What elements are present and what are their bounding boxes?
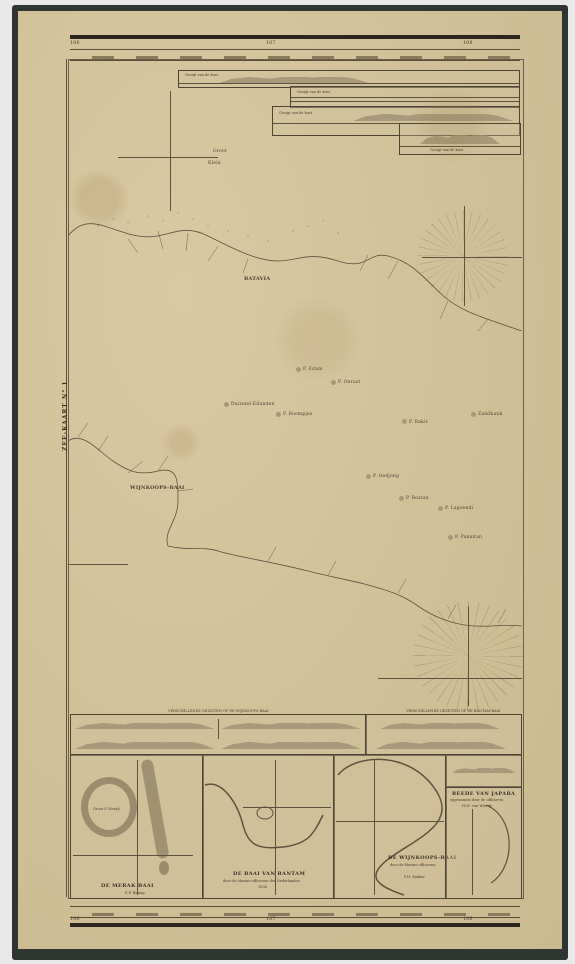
island-label: P. Edam	[303, 367, 323, 372]
island-label: Duizend Eilanden	[231, 402, 275, 407]
top-border-bar	[70, 35, 520, 39]
place-batavia: BATAVIA	[244, 276, 270, 282]
inner-border-left	[66, 59, 67, 897]
island-label: P. Lagoendi	[445, 506, 473, 511]
compass-rose	[418, 211, 508, 301]
island-label: Zandbank	[478, 412, 502, 417]
bottom-border-bar	[70, 923, 520, 927]
island-marker	[276, 412, 281, 417]
meridian-line	[170, 91, 171, 211]
parallel-line	[378, 678, 522, 679]
bottom-profile-panel	[70, 714, 367, 756]
meridian-line	[464, 206, 465, 306]
place-label: Groot	[213, 149, 227, 154]
island-label: P. Rakit	[409, 420, 428, 425]
scale-label: 108	[463, 916, 473, 922]
place-label: Klein	[208, 161, 221, 166]
parallel-line	[422, 257, 522, 258]
coastline-north	[68, 191, 522, 331]
coastal-profile-panel: Gezigt van de kust	[178, 70, 520, 88]
coastal-profile-panel: Gezigt van de kust	[290, 86, 520, 108]
compass-rose	[413, 601, 523, 711]
coastline-south	[68, 421, 522, 631]
meridian-line	[468, 606, 469, 706]
scale-label: 107	[266, 916, 276, 922]
island-marker	[366, 474, 371, 479]
parallel-line	[68, 564, 128, 565]
island-marker	[402, 419, 407, 424]
scale-label: 106	[70, 916, 80, 922]
island-label: P. Oedjong	[373, 474, 399, 479]
coastal-profile-panel: Gezigt van de kust	[272, 106, 520, 136]
inset-japara-roads: REEDE VAN JAPARA opgenomen door de offic…	[445, 786, 522, 899]
island-label: P. Boatan	[406, 496, 429, 501]
side-title: ZEE-KAART N° 1	[62, 380, 69, 451]
coastal-profile-panel: Gezigt van de kust	[399, 123, 521, 155]
island-marker	[471, 412, 476, 417]
island-marker	[296, 367, 301, 372]
island-label: P. Onrust	[338, 380, 361, 385]
profiles-title-left: VERSCHILLENDE GEZIGTEN OP DE WIJNKOOPS-B…	[168, 709, 269, 713]
inset-merak-bay: DE MERAK BAAI Groot P. Merak E.P. Bosing	[70, 754, 204, 899]
place-wijnkoops-bay: WIJNKOOPS-BAAI	[130, 485, 185, 491]
top-scale	[70, 49, 520, 61]
bottom-profile-panel	[365, 714, 522, 756]
island-label: P. Boompjes	[283, 412, 312, 417]
map-neatline	[68, 59, 524, 899]
island-marker	[224, 402, 229, 407]
island-marker	[448, 535, 453, 540]
bottom-scale	[70, 906, 520, 918]
parallel-line	[118, 157, 218, 158]
scale-label: 108	[463, 40, 473, 46]
profiles-title-right: VERSCHILLENDE GEZIGTEN OP DE BANTAM-BAAI	[406, 709, 500, 713]
inset-wijnkoops-bay: DE WIJNKOOPS-BAAI door de Marine-officie…	[333, 754, 447, 899]
inset-bantam-bay: DE BAAI VAN BANTAM door de Marine-offici…	[202, 754, 335, 899]
island-label: P. Panaitan	[455, 535, 482, 540]
small-profile-panel	[445, 754, 522, 788]
scale-label: 106	[70, 40, 80, 46]
island-marker	[331, 380, 336, 385]
map-sheet: 106 107 108 Gezigt van de kust Gezigt va…	[18, 11, 562, 949]
scale-label: 107	[266, 40, 276, 46]
island-marker	[399, 496, 404, 501]
island-marker	[438, 506, 443, 511]
